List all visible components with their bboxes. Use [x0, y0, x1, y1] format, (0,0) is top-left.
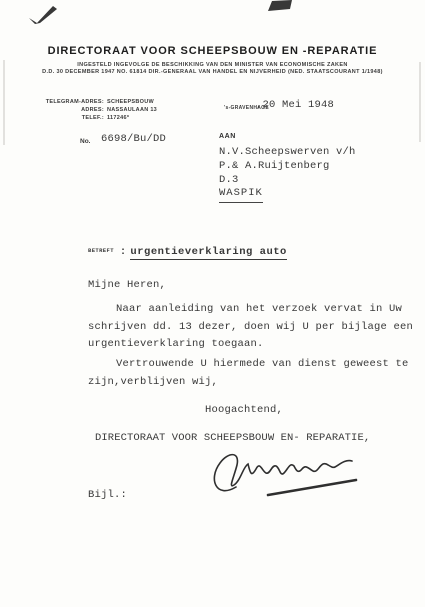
body-line: Vertrouwende U hiermede van dienst gewee…	[88, 356, 409, 374]
contact-value: 117246*	[107, 114, 129, 122]
contact-row-telegram: TELEGRAM-ADRES: SCHEEPSBOUW	[42, 98, 157, 106]
scan-artifact-top-left	[27, 4, 61, 24]
closing-salutation: Hoogachtend,	[205, 404, 283, 416]
recipient-label: AAN	[219, 133, 236, 140]
recipient-city: WASPIK	[219, 187, 263, 202]
contact-value: NASSAULAAN 13	[107, 106, 157, 114]
contact-block: TELEGRAM-ADRES: SCHEEPSBOUW ADRES: NASSA…	[42, 98, 157, 122]
subject-line: BETREFT:urgentieverklaring auto	[88, 246, 287, 258]
body-line: urgentieverklaring toegaan.	[88, 336, 413, 354]
body-line: Naar aanleiding van het verzoek vervat i…	[88, 301, 413, 319]
recipient-line: P.& A.Ruijtenberg	[219, 160, 356, 174]
recipient-address: N.V.Scheepswerven v/h P.& A.Ruijtenberg …	[219, 146, 356, 203]
date: ,20 Mei 1948	[256, 99, 334, 111]
letter-document: DIRECTORAAT VOOR SCHEEPSBOUW EN -REPARAT…	[0, 0, 425, 607]
contact-label: TELEGRAM-ADRES:	[42, 98, 104, 106]
reference-label: No.	[80, 138, 90, 145]
scan-artifact-top-right	[266, 0, 294, 13]
signature	[206, 443, 368, 501]
subject-separator: :	[120, 246, 127, 258]
paragraph-1: Naar aanleiding van het verzoek vervat i…	[88, 301, 413, 354]
paragraph-2: Vertrouwende U hiermede van dienst gewee…	[88, 356, 409, 391]
subject-text: urgentieverklaring auto	[130, 246, 286, 260]
recipient-line: D.3	[219, 174, 356, 188]
letterhead-subtitle-1: INGESTELD INGEVOLGE DE BESCHIKKING VAN D…	[0, 62, 425, 68]
contact-label: ADRES:	[42, 106, 104, 114]
contact-row-adres: ADRES: NASSAULAAN 13	[42, 106, 157, 114]
body-line: schrijven dd. 13 dezer, doen wij U per b…	[88, 319, 413, 337]
salutation: Mijne Heren,	[88, 279, 166, 291]
letterhead-subtitle-2: D.D. 30 DECEMBER 1947 NO. 61814 DIR.-GEN…	[0, 69, 425, 75]
contact-label: TELEF.:	[42, 114, 104, 122]
letterhead-title: DIRECTORAAT VOOR SCHEEPSBOUW EN -REPARAT…	[0, 45, 425, 57]
reference-number: 6698/Bu/DD	[101, 133, 166, 145]
subject-label: BETREFT	[88, 247, 114, 254]
contact-row-telef: TELEF.: 117246*	[42, 114, 157, 122]
body-line: zijn,verblijven wij,	[88, 374, 409, 392]
recipient-line: N.V.Scheepswerven v/h	[219, 146, 356, 160]
enclosure-label: Bijl.:	[88, 489, 127, 501]
contact-value: SCHEEPSBOUW	[107, 98, 154, 106]
